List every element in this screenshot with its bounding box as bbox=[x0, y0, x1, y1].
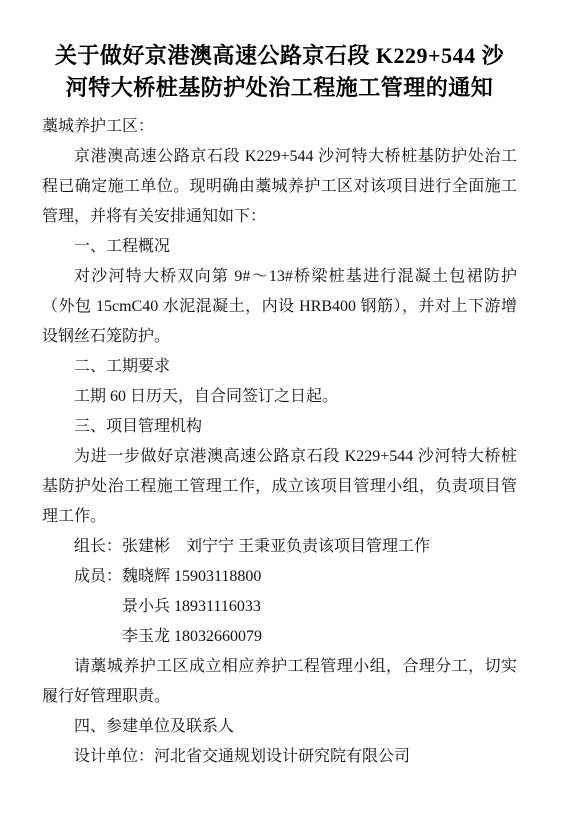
section-heading-participants: 四、参建单位及联系人 bbox=[42, 712, 517, 742]
document-title: 关于做好京港澳高速公路京石段 K229+544 沙河特大桥桩基防护处治工程施工管… bbox=[47, 40, 513, 104]
section-heading-schedule: 二、工期要求 bbox=[42, 352, 517, 382]
section-heading-project-overview: 一、工程概况 bbox=[42, 232, 517, 262]
paragraph-member-3: 李玉龙 18032660079 bbox=[42, 622, 517, 652]
document-body: 藁城养护工区： 京港澳高速公路京石段 K229+544 沙河特大桥桩基防护处治工… bbox=[42, 112, 517, 772]
salutation: 藁城养护工区： bbox=[42, 112, 517, 142]
section-heading-management-org: 三、项目管理机构 bbox=[42, 412, 517, 442]
paragraph-project-overview: 对沙河特大桥双向第 9#～13#桥梁桩基进行混凝土包裙防护（外包 15cmC40… bbox=[42, 262, 517, 352]
paragraph-member-1: 成员：魏晓辉 15903118800 bbox=[42, 562, 517, 592]
paragraph-intro: 京港澳高速公路京石段 K229+544 沙河特大桥桩基防护处治工程已确定施工单位… bbox=[42, 142, 517, 232]
paragraph-design-unit: 设计单位：河北省交通规划设计研究院有限公司 bbox=[42, 742, 517, 772]
paragraph-schedule: 工期 60 日历天，自合同签订之日起。 bbox=[42, 382, 517, 412]
paragraph-group-leaders: 组长：张建彬 刘宁宁 王秉亚负责该项目管理工作 bbox=[42, 532, 517, 562]
document-page: 关于做好京港澳高速公路京石段 K229+544 沙河特大桥桩基防护处治工程施工管… bbox=[0, 0, 565, 819]
paragraph-management-org: 为进一步做好京港澳高速公路京石段 K229+544 沙河特大桥桩基防护处治工程施… bbox=[42, 442, 517, 532]
paragraph-request: 请藁城养护工区成立相应养护工程管理小组，合理分工，切实履行好管理职责。 bbox=[42, 652, 517, 712]
paragraph-member-2: 景小兵 18931116033 bbox=[42, 592, 517, 622]
